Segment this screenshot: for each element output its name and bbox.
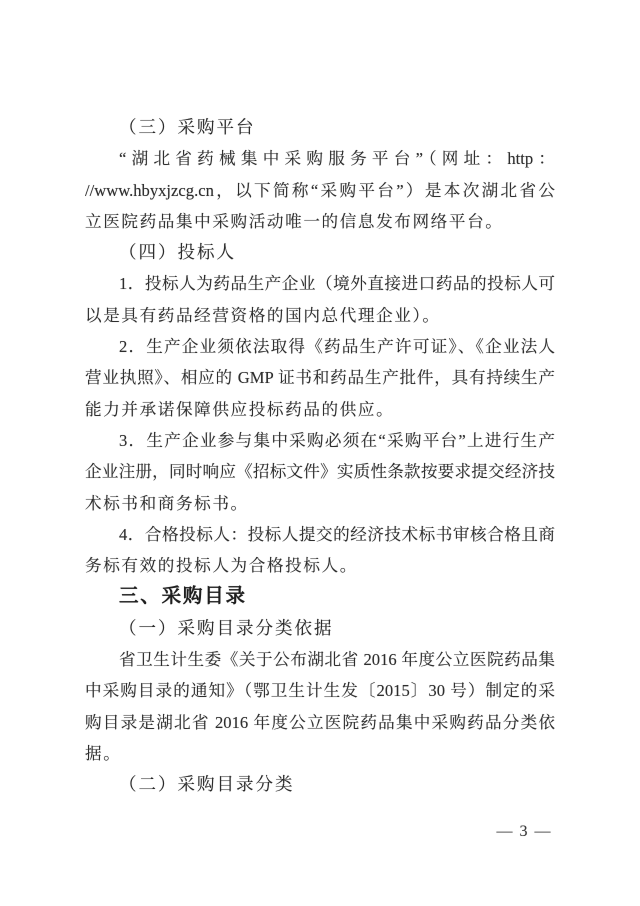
- document-body: （三）采购平台“湖北省药械集中采购服务平台”（网址：http：//www.hby…: [85, 112, 555, 801]
- subsection-heading: （四）投标人: [85, 237, 555, 268]
- text-line: 2．生产企业须依法取得《药品生产许可证》、《企业法人: [85, 331, 555, 362]
- page-number: — 3 —: [497, 823, 553, 841]
- text-line: 务标有效的投标人为合格投标人。: [85, 550, 555, 581]
- subsection-heading: （三）采购平台: [85, 112, 555, 143]
- section-heading: 三、采购目录: [85, 581, 555, 612]
- text-line: 4．合格投标人：投标人提交的经济技术标书审核合格且商: [85, 519, 555, 550]
- text-line: 购目录是湖北省 2016 年度公立医院药品集中采购药品分类依: [85, 707, 555, 738]
- text-line: 营业执照》、相应的 GMP 证书和药品生产批件，具有持续生产: [85, 362, 555, 393]
- text-line: 企业注册，同时响应《招标文件》实质性条款按要求提交经济技: [85, 456, 555, 487]
- text-line: 立医院药品集中采购活动唯一的信息发布网络平台。: [85, 206, 555, 237]
- text-line: 能力并承诺保障供应投标药品的供应。: [85, 394, 555, 425]
- text-line: 术标书和商务标书。: [85, 488, 555, 519]
- subsection-heading: （二）采购目录分类: [85, 769, 555, 800]
- text-line: 1．投标人为药品生产企业（境外直接进口药品的投标人可: [85, 268, 555, 299]
- text-line: //www.hbyxjzcg.cn，以下简称“采购平台”）是本次湖北省公: [85, 175, 555, 206]
- document-page: （三）采购平台“湖北省药械集中采购服务平台”（网址：http：//www.hby…: [0, 0, 640, 906]
- text-line: “湖北省药械集中采购服务平台”（网址：http：: [85, 143, 555, 174]
- subsection-heading: （一）采购目录分类依据: [85, 613, 555, 644]
- text-line: 中采购目录的通知》（鄂卫生计生发〔2015〕30 号）制定的采: [85, 675, 555, 706]
- text-line: 3．生产企业参与集中采购必须在“采购平台”上进行生产: [85, 425, 555, 456]
- text-line: 据。: [85, 738, 555, 769]
- text-line: 省卫生计生委《关于公布湖北省 2016 年度公立医院药品集: [85, 644, 555, 675]
- text-line: 以是具有药品经营资格的国内总代理企业）。: [85, 300, 555, 331]
